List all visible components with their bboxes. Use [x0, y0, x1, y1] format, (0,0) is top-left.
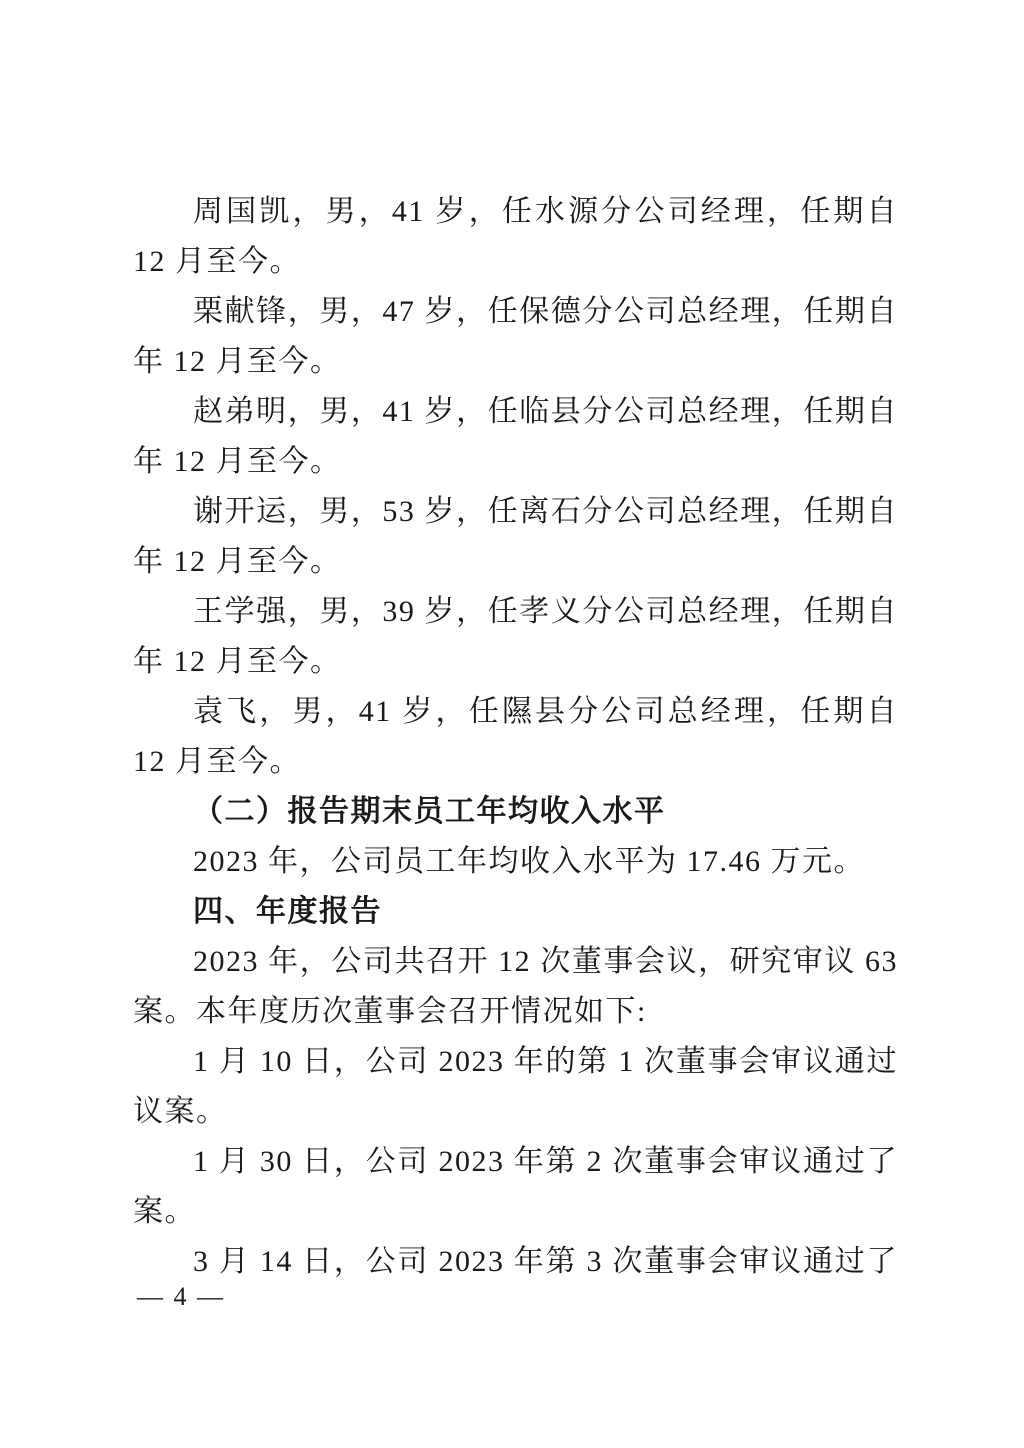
text-line: 年 12 月至今。 — [133, 437, 898, 487]
text-line: 周国凯，男，41 岁，任水源分公司经理，任期自 2022 年 — [133, 187, 898, 237]
text-line: 年 12 月至今。 — [133, 537, 898, 587]
document-body: 周国凯，男，41 岁，任水源分公司经理，任期自 2022 年12 月至今。栗献锋… — [133, 187, 898, 1287]
page-number: — 4 — — [137, 1278, 225, 1316]
page-number-label: — 4 — — [137, 1282, 225, 1311]
text-line: 年 12 月至今。 — [133, 637, 898, 687]
section-heading: 四、年度报告 — [133, 887, 898, 937]
text-line: 12 月至今。 — [133, 737, 898, 787]
text-line: 3 月 14 日，公司 2023 年第 3 次董事会审议通过了 7 项议 — [133, 1237, 898, 1287]
text-line: 袁飞，男，41 岁，任隰县分公司总经理，任期自 2022 年 — [133, 687, 898, 737]
text-line: 12 月至今。 — [133, 237, 898, 287]
text-line: 王学强，男，39 岁，任孝义分公司总经理，任期自 2022 — [133, 587, 898, 637]
text-line: 案。本年度历次董事会召开情况如下: — [133, 987, 898, 1037]
text-line: 谢开运，男，53 岁，任离石分公司总经理，任期自 2022 — [133, 487, 898, 537]
text-line: 栗献锋，男，47 岁，任保德分公司总经理，任期自 2022 — [133, 287, 898, 337]
text-line: 1 月 30 日，公司 2023 年第 2 次董事会审议通过了 3 项议 — [133, 1137, 898, 1187]
text-line: 年 12 月至今。 — [133, 337, 898, 387]
text-line: 1 月 10 日，公司 2023 年的第 1 次董事会审议通过了 11 项 — [133, 1037, 898, 1087]
text-line: 赵弟明，男，41 岁，任临县分公司总经理，任期自 2022 — [133, 387, 898, 437]
text-line: 议案。 — [133, 1087, 898, 1137]
section-heading: （二）报告期末员工年均收入水平 — [133, 787, 898, 837]
text-line: 2023 年，公司员工年均收入水平为 17.46 万元。 — [133, 837, 898, 887]
text-line: 2023 年，公司共召开 12 次董事会议，研究审议 63 项议 — [133, 937, 898, 987]
text-line: 案。 — [133, 1187, 898, 1237]
document-page: 周国凯，男，41 岁，任水源分公司经理，任期自 2022 年12 月至今。栗献锋… — [0, 0, 1024, 1448]
